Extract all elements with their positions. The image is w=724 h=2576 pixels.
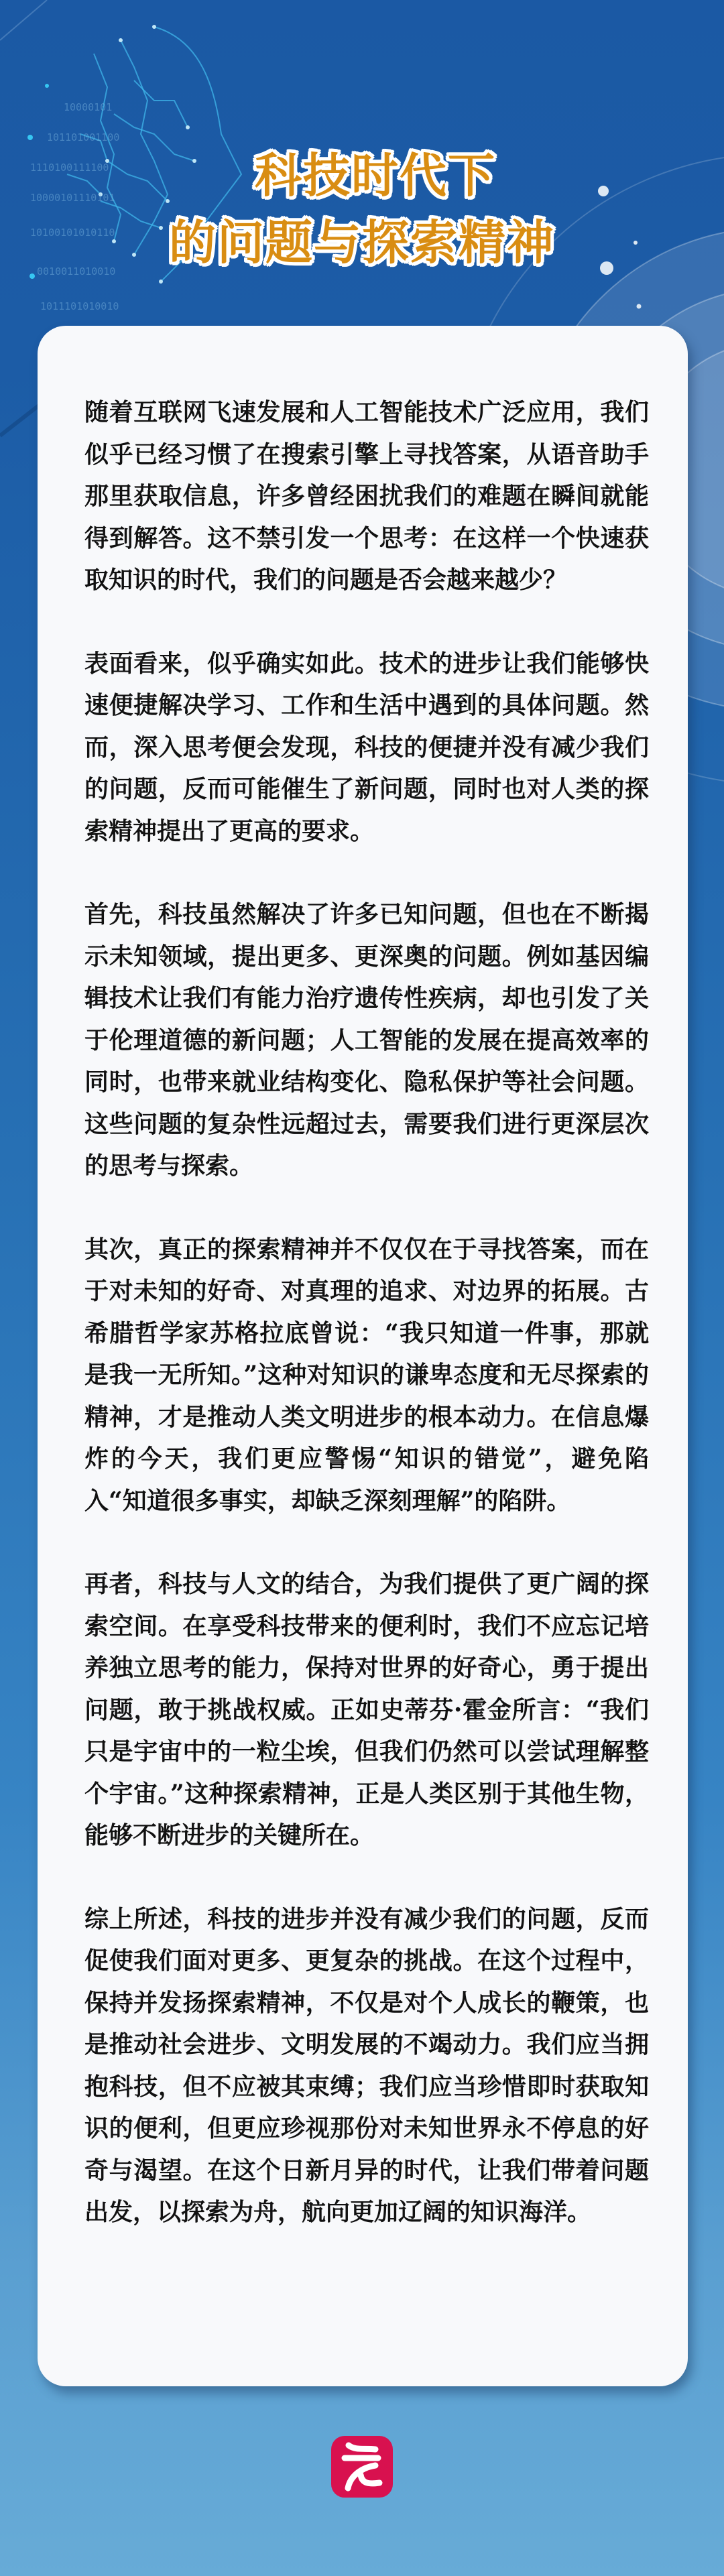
- article-paragraph-5: 再者，科技与人文的结合，为我们提供了更广阔的探索空间。在享受科技带来的便利时，我…: [84, 1563, 649, 1857]
- article-paragraph-2: 表面看来，似乎确实如此。技术的进步让我们能够快速便捷解决学习、工作和生活中遇到的…: [84, 643, 649, 853]
- page-header: 科技时代下 的问题与探索精神: [0, 0, 724, 326]
- page-title-line-1: 科技时代下: [13, 147, 724, 204]
- brand-logo-icon: [331, 2436, 393, 2498]
- article-paragraph-6: 综上所述，科技的进步并没有减少我们的问题，反而促使我们面对更多、更复杂的挑战。在…: [84, 1898, 649, 2233]
- page-title-line-2: 的问题与探索精神: [0, 214, 724, 271]
- article-paragraph-1: 随着互联网飞速发展和人工智能技术广泛应用，我们似乎已经习惯了在搜索引擎上寻找答案…: [84, 391, 649, 601]
- article-card: 随着互联网飞速发展和人工智能技术广泛应用，我们似乎已经习惯了在搜索引擎上寻找答案…: [38, 326, 688, 2386]
- article-paragraph-4: 其次，真正的探索精神并不仅仅在于寻找答案，而在于对未知的好奇、对真理的追求、对边…: [84, 1229, 649, 1522]
- article-paragraph-3: 首先，科技虽然解决了许多已知问题，但也在不断揭示未知领域，提出更多、更深奥的问题…: [84, 894, 649, 1187]
